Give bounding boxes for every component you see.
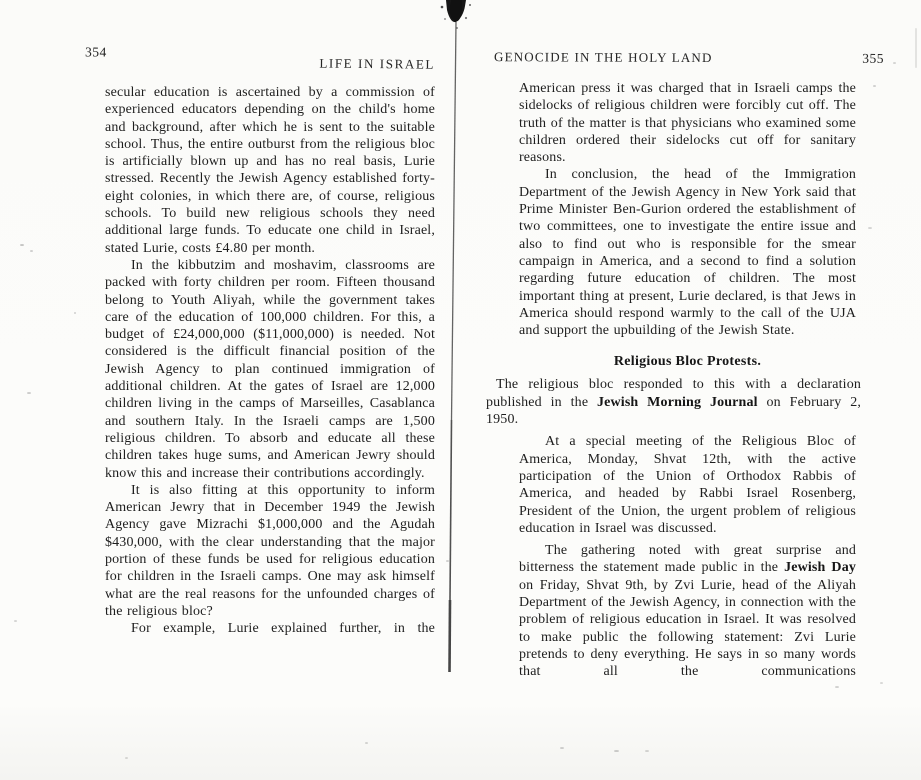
paragraph-kibbutzim: In the kibbutzim and moshavim, classroom… — [105, 257, 435, 482]
running-header: LIFE IN ISRAEL — [319, 56, 435, 73]
paragraph-american-press: American press it was charged that in Is… — [519, 80, 856, 166]
paragraph-fitting-opportunity: It is also fitting at this opportunity t… — [105, 482, 435, 620]
section-heading: Religious Bloc Protests. — [519, 354, 856, 370]
paragraph-gathering-noted: The gathering noted with great surprise … — [519, 542, 856, 680]
book-scan: 354 LIFE IN ISRAEL secular education is … — [0, 0, 921, 780]
paragraph-in-conclusion: In conclusion, the head of the Immigrati… — [519, 166, 856, 339]
page-number: 355 — [862, 51, 884, 67]
page-right-header: GENOCIDE IN THE HOLY LAND 355 — [494, 49, 884, 67]
page-right-body: American press it was charged that in Is… — [519, 80, 856, 681]
page-left-body: secular education is ascertained by a co… — [105, 84, 435, 638]
paragraph-religious-bloc-responded: The religious bloc responded to this wit… — [486, 376, 861, 428]
page-right: GENOCIDE IN THE HOLY LAND 355 American p… — [459, 0, 921, 780]
page-number: 354 — [85, 44, 107, 60]
page-left-header: 354 LIFE IN ISRAEL — [85, 44, 435, 72]
page-left: 354 LIFE IN ISRAEL secular education is … — [0, 0, 455, 780]
running-header: GENOCIDE IN THE HOLY LAND — [494, 49, 713, 66]
paragraph-for-example: For example, Lurie explained further, in… — [105, 620, 435, 637]
paragraph-secular-education: secular education is ascertained by a co… — [105, 84, 435, 257]
paragraph-special-meeting: At a special meeting of the Religious Bl… — [519, 433, 856, 537]
